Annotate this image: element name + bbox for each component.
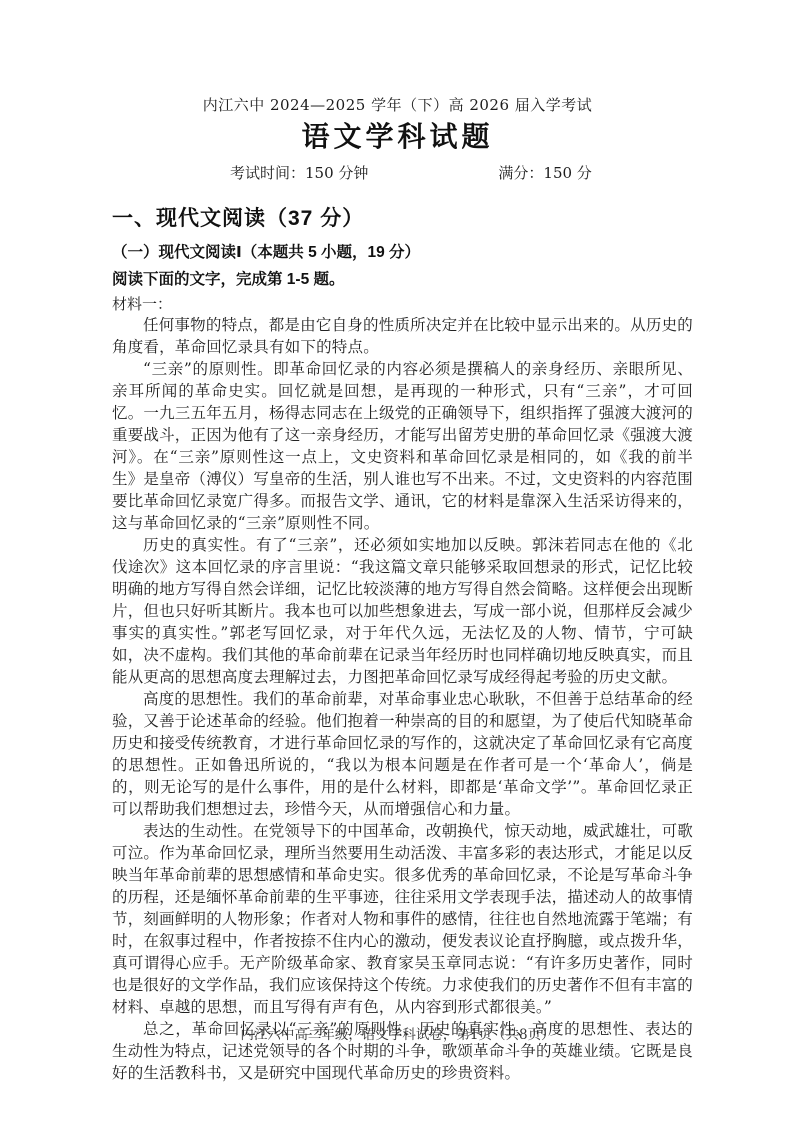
document-header: 内江六中 2024—2025 学年（下）高 2026 届入学考试 语文学科试题 …: [0, 0, 795, 183]
passage-paragraph-1: 任何事物的特点，都是由它自身的性质所决定并在比较中显示出来的。从历史的角度看，革…: [112, 314, 693, 358]
reading-passage: 任何事物的特点，都是由它自身的性质所决定并在比较中显示出来的。从历史的角度看，革…: [112, 314, 693, 1084]
material-one-label: 材料一：: [112, 294, 693, 314]
exam-paper-page: 内江六中 2024—2025 学年（下）高 2026 届入学考试 语文学科试题 …: [0, 0, 795, 1123]
exam-full-score-label: 满分：150 分: [498, 163, 591, 183]
exam-duration-label: 考试时间：150 分钟: [230, 163, 368, 183]
exam-info-row: 考试时间：150 分钟 满分：150 分: [0, 163, 795, 183]
section-heading-modern-reading: 一、现代文阅读（37 分）: [112, 204, 693, 233]
subsection-heading-reading-1: （一）现代文阅读Ⅰ（本题共 5 小题，19 分）: [112, 242, 693, 264]
passage-paragraph-2: “三亲”的原则性。即革命回忆录的内容必须是撰稿人的亲身经历、亲眼所见、亲耳所闻的…: [112, 358, 693, 534]
passage-paragraph-3: 历史的真实性。有了“三亲”，还必须如实地加以反映。郭沫若同志在他的《北伐途次》这…: [112, 534, 693, 688]
reading-instruction: 阅读下面的文字，完成第 1-5 题。: [112, 269, 693, 291]
document-body: 一、现代文阅读（37 分） （一）现代文阅读Ⅰ（本题共 5 小题，19 分） 阅…: [112, 204, 693, 1084]
page-footer: 内江六中高二年级，语文学科试卷，第1页（共8页）: [0, 1026, 795, 1044]
exam-title: 语文学科试题: [0, 120, 795, 154]
passage-paragraph-4: 高度的思想性。我们的革命前辈，对革命事业忠心耿耿，不但善于总结革命的经验，又善于…: [112, 688, 693, 820]
exam-session-line: 内江六中 2024—2025 学年（下）高 2026 届入学考试: [0, 96, 795, 115]
passage-paragraph-5: 表达的生动性。在党领导下的中国革命，改朝换代，惊天动地，威武雄壮，可歌可泣。作为…: [112, 820, 693, 1018]
